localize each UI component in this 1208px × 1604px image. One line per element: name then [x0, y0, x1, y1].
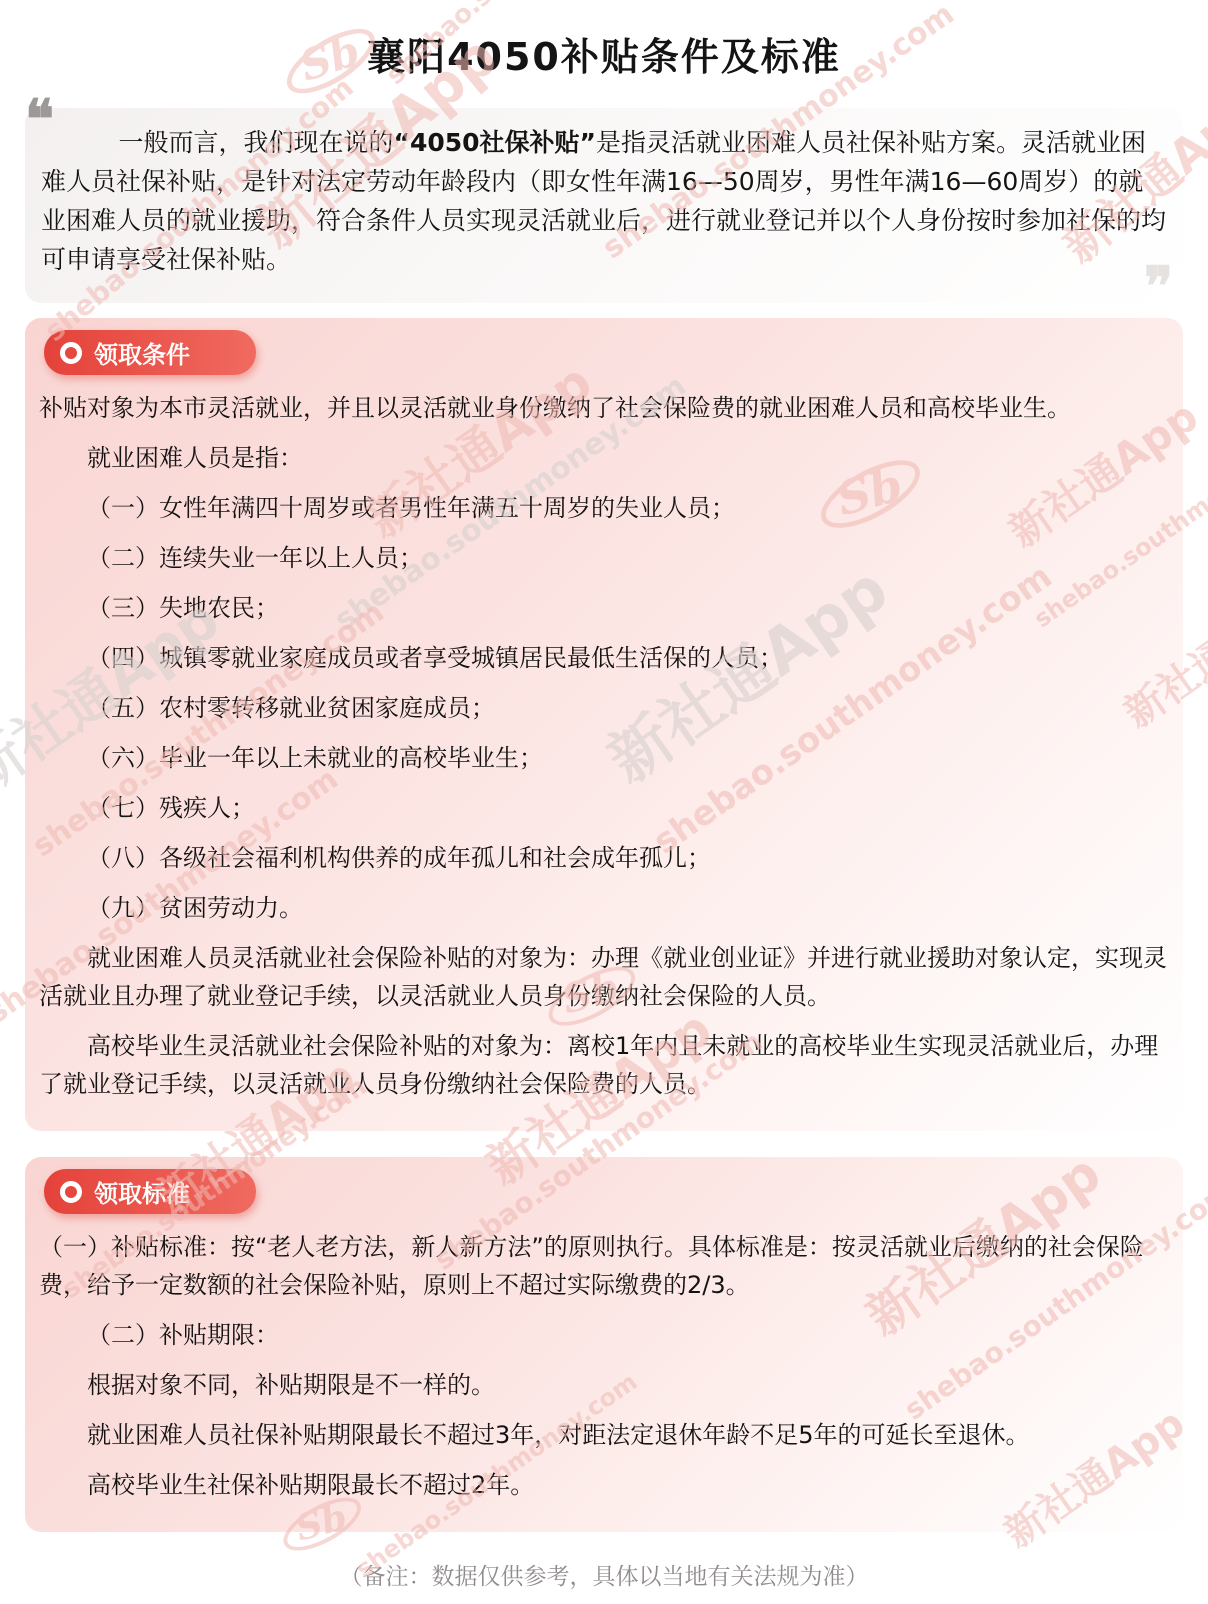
paragraph: 补贴对象为本市灵活就业，并且以灵活就业身份缴纳了社会保险费的就业困难人员和高校毕…	[39, 389, 1169, 427]
footer-note: （备注：数据仅供参考，具体以当地有关法规为准）	[0, 1558, 1208, 1591]
section-badge-label: 领取标准	[94, 1174, 190, 1209]
circle-ring-icon	[60, 1181, 82, 1203]
paragraph: （三）失地农民；	[39, 589, 1169, 627]
paragraph: （二）补贴期限：	[39, 1316, 1169, 1354]
paragraph: （二）连续失业一年以上人员；	[39, 539, 1169, 577]
open-quote-icon: ❝	[25, 92, 54, 146]
intro-bold-text: “4050社保补贴”	[394, 128, 596, 157]
paragraph: （九）贫困劳动力。	[39, 889, 1169, 927]
paragraph: 就业困难人员社保补贴期限最长不超过3年，对距法定退休年龄不足5年的可延长至退休。	[39, 1416, 1169, 1454]
paragraph: （四）城镇零就业家庭成员或者享受城镇居民最低生活保的人员；	[39, 639, 1169, 677]
paragraph: （五）农村零转移就业贫困家庭成员；	[39, 689, 1169, 727]
close-quote-icon: ❞	[1144, 259, 1173, 313]
paragraph: 根据对象不同，补贴期限是不一样的。	[39, 1366, 1169, 1404]
paragraph: （一）补贴标准：按“老人老方法，新人新方法”的原则执行。具体标准是：按灵活就业后…	[39, 1228, 1169, 1304]
section-badge-label: 领取条件	[94, 335, 190, 370]
paragraph: （六）毕业一年以上未就业的高校毕业生；	[39, 739, 1169, 777]
paragraph: 就业困难人员是指：	[39, 439, 1169, 477]
circle-ring-icon	[60, 342, 82, 364]
section-badge: 领取条件	[44, 330, 256, 375]
intro-paragraph: 一般而言，我们现在说的“4050社保补贴”是指灵活就业困难人员社保补贴方案。灵活…	[41, 123, 1167, 279]
paragraph: （七）残疾人；	[39, 789, 1169, 827]
document-page: 襄阳4050补贴条件及标准 ❝ 一般而言，我们现在说的“4050社保补贴”是指灵…	[0, 0, 1208, 1604]
paragraph: （八）各级社会福利机构供养的成年孤儿和社会成年孤儿；	[39, 839, 1169, 877]
section-body: （一）补贴标准：按“老人老方法，新人新方法”的原则执行。具体标准是：按灵活就业后…	[39, 1214, 1169, 1504]
section-standards: 领取标准 （一）补贴标准：按“老人老方法，新人新方法”的原则执行。具体标准是：按…	[25, 1157, 1183, 1532]
intro-quote-box: ❝ 一般而言，我们现在说的“4050社保补贴”是指灵活就业困难人员社保补贴方案。…	[25, 108, 1183, 303]
section-conditions: 领取条件 补贴对象为本市灵活就业，并且以灵活就业身份缴纳了社会保险费的就业困难人…	[25, 318, 1183, 1131]
page-title: 襄阳4050补贴条件及标准	[0, 0, 1208, 81]
intro-text-before: 一般而言，我们现在说的	[119, 128, 394, 157]
section-body: 补贴对象为本市灵活就业，并且以灵活就业身份缴纳了社会保险费的就业困难人员和高校毕…	[39, 375, 1169, 1103]
paragraph: （一）女性年满四十周岁或者男性年满五十周岁的失业人员；	[39, 489, 1169, 527]
paragraph: 就业困难人员灵活就业社会保险补贴的对象为：办理《就业创业证》并进行就业援助对象认…	[39, 939, 1169, 1015]
paragraph: 高校毕业生社保补贴期限最长不超过2年。	[39, 1466, 1169, 1504]
section-badge: 领取标准	[44, 1169, 256, 1214]
paragraph: 高校毕业生灵活就业社会保险补贴的对象为：离校1年内且未就业的高校毕业生实现灵活就…	[39, 1027, 1169, 1103]
